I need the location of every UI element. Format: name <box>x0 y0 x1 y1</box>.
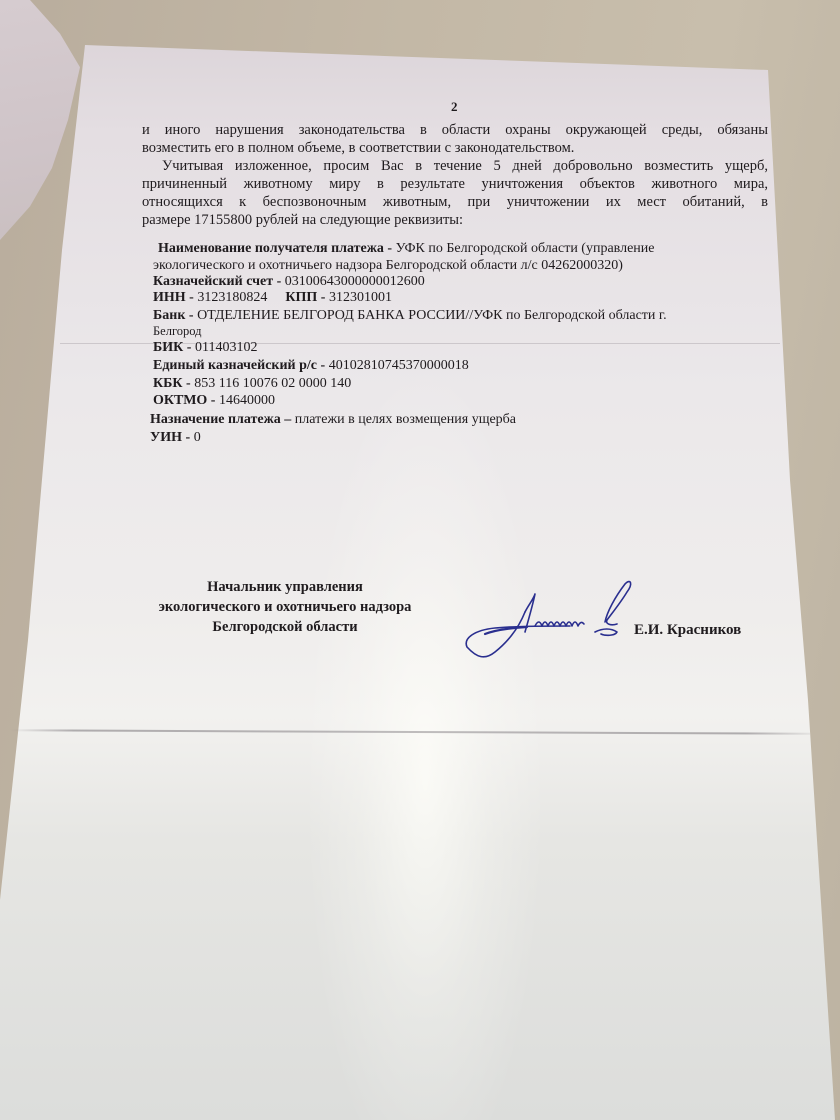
signatory-title-line-2: экологического и охотничьего надзора <box>120 597 450 617</box>
handwritten-signature <box>455 572 655 682</box>
body-line-6: размере 17155800 рублей на следующие рек… <box>142 212 768 229</box>
body-line-3: Учитывая изложенное, просим Вас в течени… <box>162 158 768 175</box>
body-line-1: и иного нарушения законодательства в обл… <box>142 122 768 139</box>
requisite-bank-cont: Белгород <box>153 324 202 339</box>
requisite-recipient: Наименование получателя платежа - УФК по… <box>158 241 655 257</box>
inn-label: ИНН - <box>153 290 197 305</box>
uin-label: УИН - <box>150 430 194 445</box>
requisite-uin: УИН - 0 <box>150 430 201 446</box>
purpose-value: платежи в целях возмещения ущерба <box>295 412 516 427</box>
treasury-account-label: Казначейский счет - <box>153 274 285 289</box>
kpp-value: 312301001 <box>329 290 392 305</box>
requisite-treasury-account: Казначейский счет - 03100643000000012600 <box>153 274 425 290</box>
requisite-bik: БИК - 011403102 <box>153 340 257 356</box>
kpp-label: КПП - <box>285 290 329 305</box>
requisite-oktmo: ОКТМО - 14640000 <box>153 393 275 409</box>
body-line-2: возместить его в полном объеме, в соотве… <box>142 140 768 157</box>
page-number: 2 <box>451 99 458 115</box>
kbk-label: КБК - <box>153 376 194 391</box>
single-account-label: Единый казначейский р/с - <box>153 358 329 373</box>
inn-value: 3123180824 <box>197 290 267 305</box>
bik-value: 011403102 <box>195 340 257 355</box>
body-line-5: относящихся к беспозвоночным животным, п… <box>142 194 768 211</box>
signatory-title-line-3: Белгородской области <box>120 617 450 637</box>
kbk-value: 853 116 10076 02 0000 140 <box>194 376 351 391</box>
purpose-label: Назначение платежа – <box>150 412 295 427</box>
recipient-label: Наименование получателя платежа - <box>158 241 396 256</box>
oktmo-label: ОКТМО - <box>153 393 219 408</box>
bank-label: Банк - <box>153 308 197 323</box>
oktmo-value: 14640000 <box>219 393 275 408</box>
requisite-bank: Банк - ОТДЕЛЕНИЕ БЕЛГОРОД БАНКА РОССИИ//… <box>153 308 667 324</box>
requisite-purpose: Назначение платежа – платежи в целях воз… <box>150 412 516 428</box>
recipient-value: УФК по Белгородской области (управление <box>396 241 655 256</box>
signatory-title: Начальник управления экологического и ох… <box>120 577 450 637</box>
bank-value: ОТДЕЛЕНИЕ БЕЛГОРОД БАНКА РОССИИ//УФК по … <box>197 308 667 323</box>
bik-label: БИК - <box>153 340 195 355</box>
requisite-single-account: Единый казначейский р/с - 40102810745370… <box>153 358 469 374</box>
body-line-4: причиненный животному миру в результате … <box>142 176 768 193</box>
requisite-inn-kpp: ИНН - 3123180824КПП - 312301001 <box>153 290 392 306</box>
uin-value: 0 <box>194 430 201 445</box>
requisite-recipient-cont: экологического и охотничьего надзора Бел… <box>153 258 623 274</box>
single-account-value: 40102810745370000018 <box>329 358 469 373</box>
requisite-kbk: КБК - 853 116 10076 02 0000 140 <box>153 376 351 392</box>
signer-name: Е.И. Красников <box>634 622 741 639</box>
treasury-account-value: 03100643000000012600 <box>285 274 425 289</box>
signatory-title-line-1: Начальник управления <box>120 577 450 597</box>
